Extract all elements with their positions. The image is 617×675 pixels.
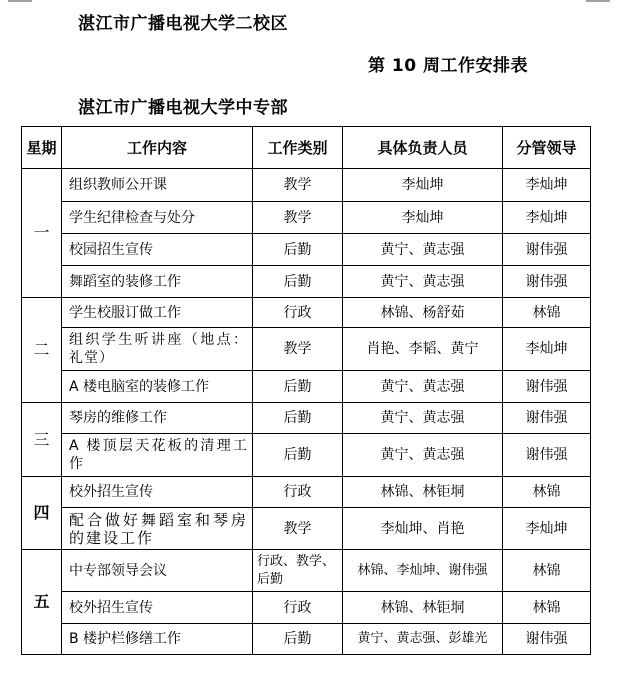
table-row: 舞蹈室的装修工作 后勤 黄宁、黄志强 谢伟强 [22, 266, 591, 298]
content-cell: 学生纪律检查与处分 [62, 202, 253, 234]
column-header-content: 工作内容 [62, 127, 253, 169]
category-cell: 后勤 [253, 434, 343, 477]
table-row: 二 学生校服订做工作 行政 林锦、杨舒茹 林锦 [22, 298, 591, 328]
content-cell: 学生校服订做工作 [62, 298, 253, 328]
staff-cell: 黄宁、黄志强、彭雄光 [343, 624, 503, 655]
content-cell: 琴房的维修工作 [62, 403, 253, 434]
day-cell-tuesday: 二 [22, 298, 62, 403]
content-cell: 组织学生听讲座（地点：礼堂） [62, 328, 253, 371]
content-cell: 配合做好舞蹈室和琴房的建设工作 [62, 508, 253, 550]
leader-cell: 林锦 [503, 592, 591, 624]
table-row: 学生纪律检查与处分 教学 李灿坤 李灿坤 [22, 202, 591, 234]
table-row: A 楼电脑室的装修工作 后勤 黄宁、黄志强 谢伟强 [22, 371, 591, 403]
staff-cell: 黄宁、黄志强 [343, 266, 503, 298]
column-header-category: 工作类别 [253, 127, 343, 169]
content-cell: 校外招生宣传 [62, 592, 253, 624]
content-cell: B 楼护栏修缮工作 [62, 624, 253, 655]
table-row: 三 琴房的维修工作 后勤 黄宁、黄志强 谢伟强 [22, 403, 591, 434]
staff-cell: 黄宁、黄志强 [343, 371, 503, 403]
day-cell-monday: 一 [22, 169, 62, 298]
table-row: 校外招生宣传 行政 林锦、林钜垌 林锦 [22, 592, 591, 624]
category-cell: 行政 [253, 298, 343, 328]
content-cell: 舞蹈室的装修工作 [62, 266, 253, 298]
day-cell-wednesday: 三 [22, 403, 62, 477]
category-cell: 后勤 [253, 403, 343, 434]
leader-cell: 李灿坤 [503, 169, 591, 202]
category-cell: 后勤 [253, 371, 343, 403]
staff-cell: 黄宁、黄志强 [343, 403, 503, 434]
leader-cell: 谢伟强 [503, 403, 591, 434]
table-row: 五 中专部领导会议 行政、教学、后勤 林锦、李灿坤、谢伟强 林锦 [22, 550, 591, 592]
leader-cell: 谢伟强 [503, 266, 591, 298]
content-cell: 校外招生宣传 [62, 477, 253, 508]
staff-cell: 李灿坤 [343, 169, 503, 202]
page-corner-mark-left [8, 0, 32, 2]
category-cell: 教学 [253, 169, 343, 202]
leader-cell: 李灿坤 [503, 202, 591, 234]
content-cell: 中专部领导会议 [62, 550, 253, 592]
table-row: 校园招生宣传 后勤 黄宁、黄志强 谢伟强 [22, 234, 591, 266]
leader-cell: 谢伟强 [503, 234, 591, 266]
column-header-leader: 分管领导 [503, 127, 591, 169]
category-cell: 行政 [253, 477, 343, 508]
category-cell: 教学 [253, 202, 343, 234]
table-row: 四 校外招生宣传 行政 林锦、林钜垌 林锦 [22, 477, 591, 508]
leader-cell: 李灿坤 [503, 508, 591, 550]
category-cell: 教学 [253, 328, 343, 371]
staff-cell: 林锦、林钜垌 [343, 477, 503, 508]
content-cell: 校园招生宣传 [62, 234, 253, 266]
staff-cell: 肖艳、李韬、黄宁 [343, 328, 503, 371]
page-corner-mark-right [586, 0, 610, 2]
content-cell: 组织教师公开课 [62, 169, 253, 202]
table-row: 组织学生听讲座（地点：礼堂） 教学 肖艳、李韬、黄宁 李灿坤 [22, 328, 591, 371]
staff-cell: 林锦、林钜垌 [343, 592, 503, 624]
category-cell: 后勤 [253, 624, 343, 655]
staff-cell: 林锦、李灿坤、谢伟强 [343, 550, 503, 592]
column-header-staff: 具体负责人员 [343, 127, 503, 169]
category-cell: 后勤 [253, 234, 343, 266]
day-cell-thursday: 四 [22, 477, 62, 550]
content-cell: A 楼电脑室的装修工作 [62, 371, 253, 403]
staff-cell: 林锦、杨舒茹 [343, 298, 503, 328]
school-name: 湛江市广播电视大学二校区 [78, 14, 288, 34]
leader-cell: 林锦 [503, 477, 591, 508]
table-row: 一 组织教师公开课 教学 李灿坤 李灿坤 [22, 169, 591, 202]
staff-cell: 黄宁、黄志强 [343, 234, 503, 266]
staff-cell: 李灿坤、肖艳 [343, 508, 503, 550]
leader-cell: 林锦 [503, 298, 591, 328]
day-cell-friday: 五 [22, 550, 62, 655]
department-name: 湛江市广播电视大学中专部 [78, 98, 288, 118]
column-header-day: 星期 [22, 127, 62, 169]
category-cell: 后勤 [253, 266, 343, 298]
leader-cell: 谢伟强 [503, 434, 591, 477]
content-cell: A 楼顶层天花板的清理工作 [62, 434, 253, 477]
weekly-schedule-table: 星期 工作内容 工作类别 具体负责人员 分管领导 一 组织教师公开课 教学 李灿… [21, 126, 591, 655]
table-row: A 楼顶层天花板的清理工作 后勤 黄宁、黄志强 谢伟强 [22, 434, 591, 477]
table-header-row: 星期 工作内容 工作类别 具体负责人员 分管领导 [22, 127, 591, 169]
category-cell: 行政、教学、后勤 [253, 550, 343, 592]
leader-cell: 林锦 [503, 550, 591, 592]
leader-cell: 谢伟强 [503, 624, 591, 655]
table-row: B 楼护栏修缮工作 后勤 黄宁、黄志强、彭雄光 谢伟强 [22, 624, 591, 655]
leader-cell: 李灿坤 [503, 328, 591, 371]
category-cell: 教学 [253, 508, 343, 550]
staff-cell: 黄宁、黄志强 [343, 434, 503, 477]
schedule-title: 第 10 周工作安排表 [368, 56, 528, 76]
table-row: 配合做好舞蹈室和琴房的建设工作 教学 李灿坤、肖艳 李灿坤 [22, 508, 591, 550]
leader-cell: 谢伟强 [503, 371, 591, 403]
category-cell: 行政 [253, 592, 343, 624]
staff-cell: 李灿坤 [343, 202, 503, 234]
